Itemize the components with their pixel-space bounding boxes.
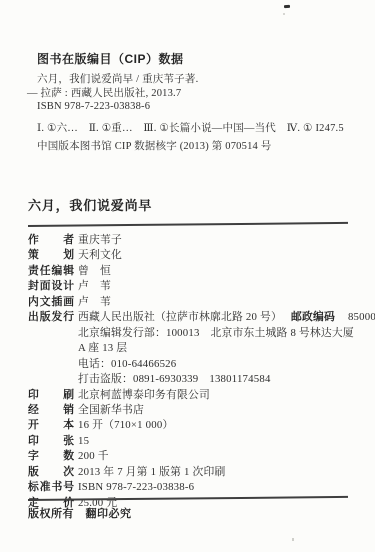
row-value: 北京柯蓝博泰印务有限公司 [78,388,210,403]
row-value: 天利文化 [78,248,122,263]
row-value: 200 千 [78,449,109,464]
row-label: 内文插画 [28,295,74,310]
row-value: 2013 年 7 月第 1 版第 1 次印刷 [78,465,225,480]
colophon-table: 作 者 重庆苇子 策 划 天利文化 责任编辑 曾 恒 封面设计 卢 苇 内文插画… [28,233,364,511]
postal-code-label: 邮政编码 [291,311,335,323]
colophon-row-publisher: 出版发行 西藏人民出版社（拉萨市林廓北路 20 号）邮政编码850000 [28,310,364,325]
cip-description-line-2: — 拉萨 : 西藏人民出版社, 2013.7 [27,87,198,101]
colophon-row-printer: 印 刷 北京柯蓝博泰印务有限公司 [28,388,364,403]
row-label: 经 销 [28,403,74,418]
colophon-row-author: 作 者 重庆苇子 [28,233,364,248]
copyright-notice: 版权所有 翻印必究 [28,505,132,521]
row-value: 重庆苇子 [78,233,122,248]
colophon-row-isbn: 标准书号 ISBN 978-7-223-03838-6 [28,480,364,495]
colophon-row-distributor: 经 销 全国新华书店 [28,403,364,418]
row-value: 16 开（710×1 000） [78,418,173,433]
row-value: 15 [78,434,89,449]
row-label: 版 次 [28,465,74,480]
colophon-row-sheets: 印 张 15 [28,434,364,449]
row-label: 策 划 [28,248,74,263]
colophon-row-format: 开 本 16 开（710×1 000） [28,418,364,433]
book-title: 六月，我们说爱尚早 [28,195,152,214]
row-value: 卢 苇 [78,279,111,294]
row-label: 封面设计 [28,279,74,294]
colophon-row-illustration: 内文插画 卢 苇 [28,295,364,310]
cip-record-number: 中国版本图书馆 CIP 数据核字 (2013) 第 070514 号 [37,138,272,153]
scan-artifact-speck [283,13,285,15]
row-value: 全国新华书店 [78,403,144,418]
colophon-row-word-count: 字 数 200 千 [28,449,364,464]
scan-artifact-speck-bottom [292,538,294,541]
cip-description-line-1: 六月，我们说爱尚早 / 重庆苇子著. [37,73,198,87]
publisher-extra-line-beijing: 北京编辑发行部：100013 北京市东土城路 8 号林达大厦 A 座 13 层 [28,326,364,357]
row-label: 字 数 [28,449,74,464]
row-label: 标准书号 [28,480,74,495]
row-value: 西藏人民出版社（拉萨市林廓北路 20 号）邮政编码850000 [78,310,375,325]
row-label: 印 刷 [28,388,74,403]
cip-description: 六月，我们说爱尚早 / 重庆苇子著. — 拉萨 : 西藏人民出版社, 2013.… [37,73,198,114]
colophon-row-cover-design: 封面设计 卢 苇 [28,279,364,294]
row-label: 作 者 [28,233,74,248]
scan-artifact-dash [284,5,290,8]
row-label: 出版发行 [28,310,74,325]
publisher-extra-line-phone: 电话：010-64466526 [28,357,364,372]
row-label: 印 张 [28,434,74,449]
row-label: 开 本 [28,418,74,433]
row-value: ISBN 978-7-223-03838-6 [78,480,194,495]
publisher-extra-line-antipiracy: 打击盗版：0891-6930339 13801174584 [28,372,364,387]
cip-description-line-3: ISBN 978-7-223-03838-6 [37,100,198,114]
title-divider [28,222,348,227]
cip-header: 图书在版编目（CIP）数据 [37,50,184,67]
postal-code-value: 850000 [348,311,375,323]
colophon-row-planner: 策 划 天利文化 [28,248,364,263]
row-value: 曾 恒 [78,264,111,279]
colophon-row-edition: 版 次 2013 年 7 月第 1 版第 1 次印刷 [28,465,364,480]
publisher-name: 西藏人民出版社（拉萨市林廓北路 20 号） [78,311,282,323]
row-label: 责任编辑 [28,264,74,279]
cip-classification: Ⅰ. ①六… Ⅱ. ①重… Ⅲ. ①长篇小说—中国—当代 Ⅳ. ① I247.5 [37,120,344,135]
row-value: 卢 苇 [78,295,111,310]
colophon-row-editor: 责任编辑 曾 恒 [28,264,364,279]
scanned-copyright-page: 图书在版编目（CIP）数据 六月，我们说爱尚早 / 重庆苇子著. — 拉萨 : … [0,0,375,552]
